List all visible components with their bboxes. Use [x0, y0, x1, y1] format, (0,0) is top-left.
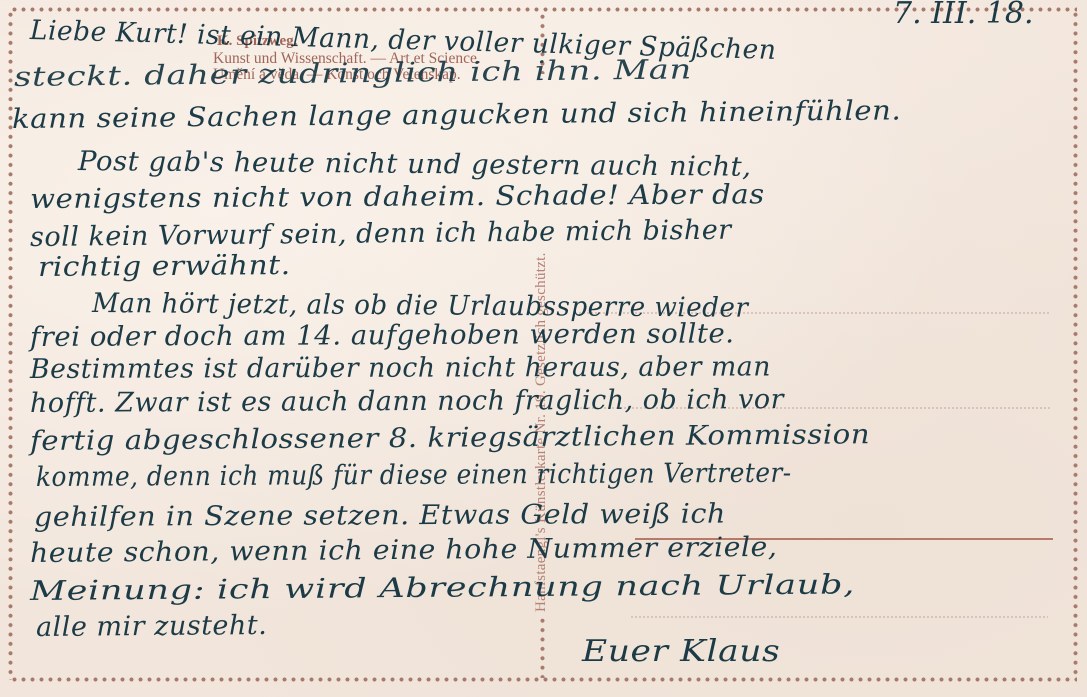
handwritten-line: Post gab's heute nicht und gestern auch …: [78, 146, 752, 183]
handwritten-date: 7. III. 18.: [893, 0, 1034, 31]
handwritten-line: alle mir zusteht.: [36, 610, 268, 643]
handwritten-line: Bestimmtes ist darüber noch nicht heraus…: [30, 351, 771, 385]
handwritten-line: fertig abgeschlossener 8. kriegsärztlich…: [30, 419, 870, 457]
handwritten-line: Meinung: ich wird Abrechnung nach Urlaub…: [30, 569, 855, 607]
postcard: K. Spitzweg. Kunst und Wissenschaft. — A…: [0, 0, 1087, 697]
handwritten-line: soll kein Vorwurf sein, denn ich habe mi…: [30, 215, 732, 253]
frame-right-border: [1073, 10, 1078, 680]
handwritten-line: komme, denn ich muß für diese einen rich…: [36, 458, 792, 493]
handwritten-line: richtig erwähnt.: [38, 250, 291, 283]
center-divider-bottom: [540, 616, 545, 678]
signature: Euer Klaus: [582, 634, 780, 669]
handwritten-line: gehilfen in Szene setzen. Etwas Geld wei…: [34, 499, 726, 533]
handwritten-line: heute schon, wenn ich eine hohe Nummer e…: [30, 532, 778, 569]
handwritten-line: kann seine Sachen lange angucken und sic…: [12, 95, 902, 135]
handwritten-line: wenigstens nicht von daheim. Schade! Abe…: [30, 179, 765, 215]
handwritten-line: hofft. Zwar ist es auch dann noch fragli…: [30, 384, 784, 419]
handwritten-line: steckt. daher zudringlich ich ihn. Man: [14, 54, 692, 93]
handwritten-line: frei oder doch am 14. aufgehoben werden …: [30, 318, 735, 353]
address-line-4: [630, 616, 1048, 618]
